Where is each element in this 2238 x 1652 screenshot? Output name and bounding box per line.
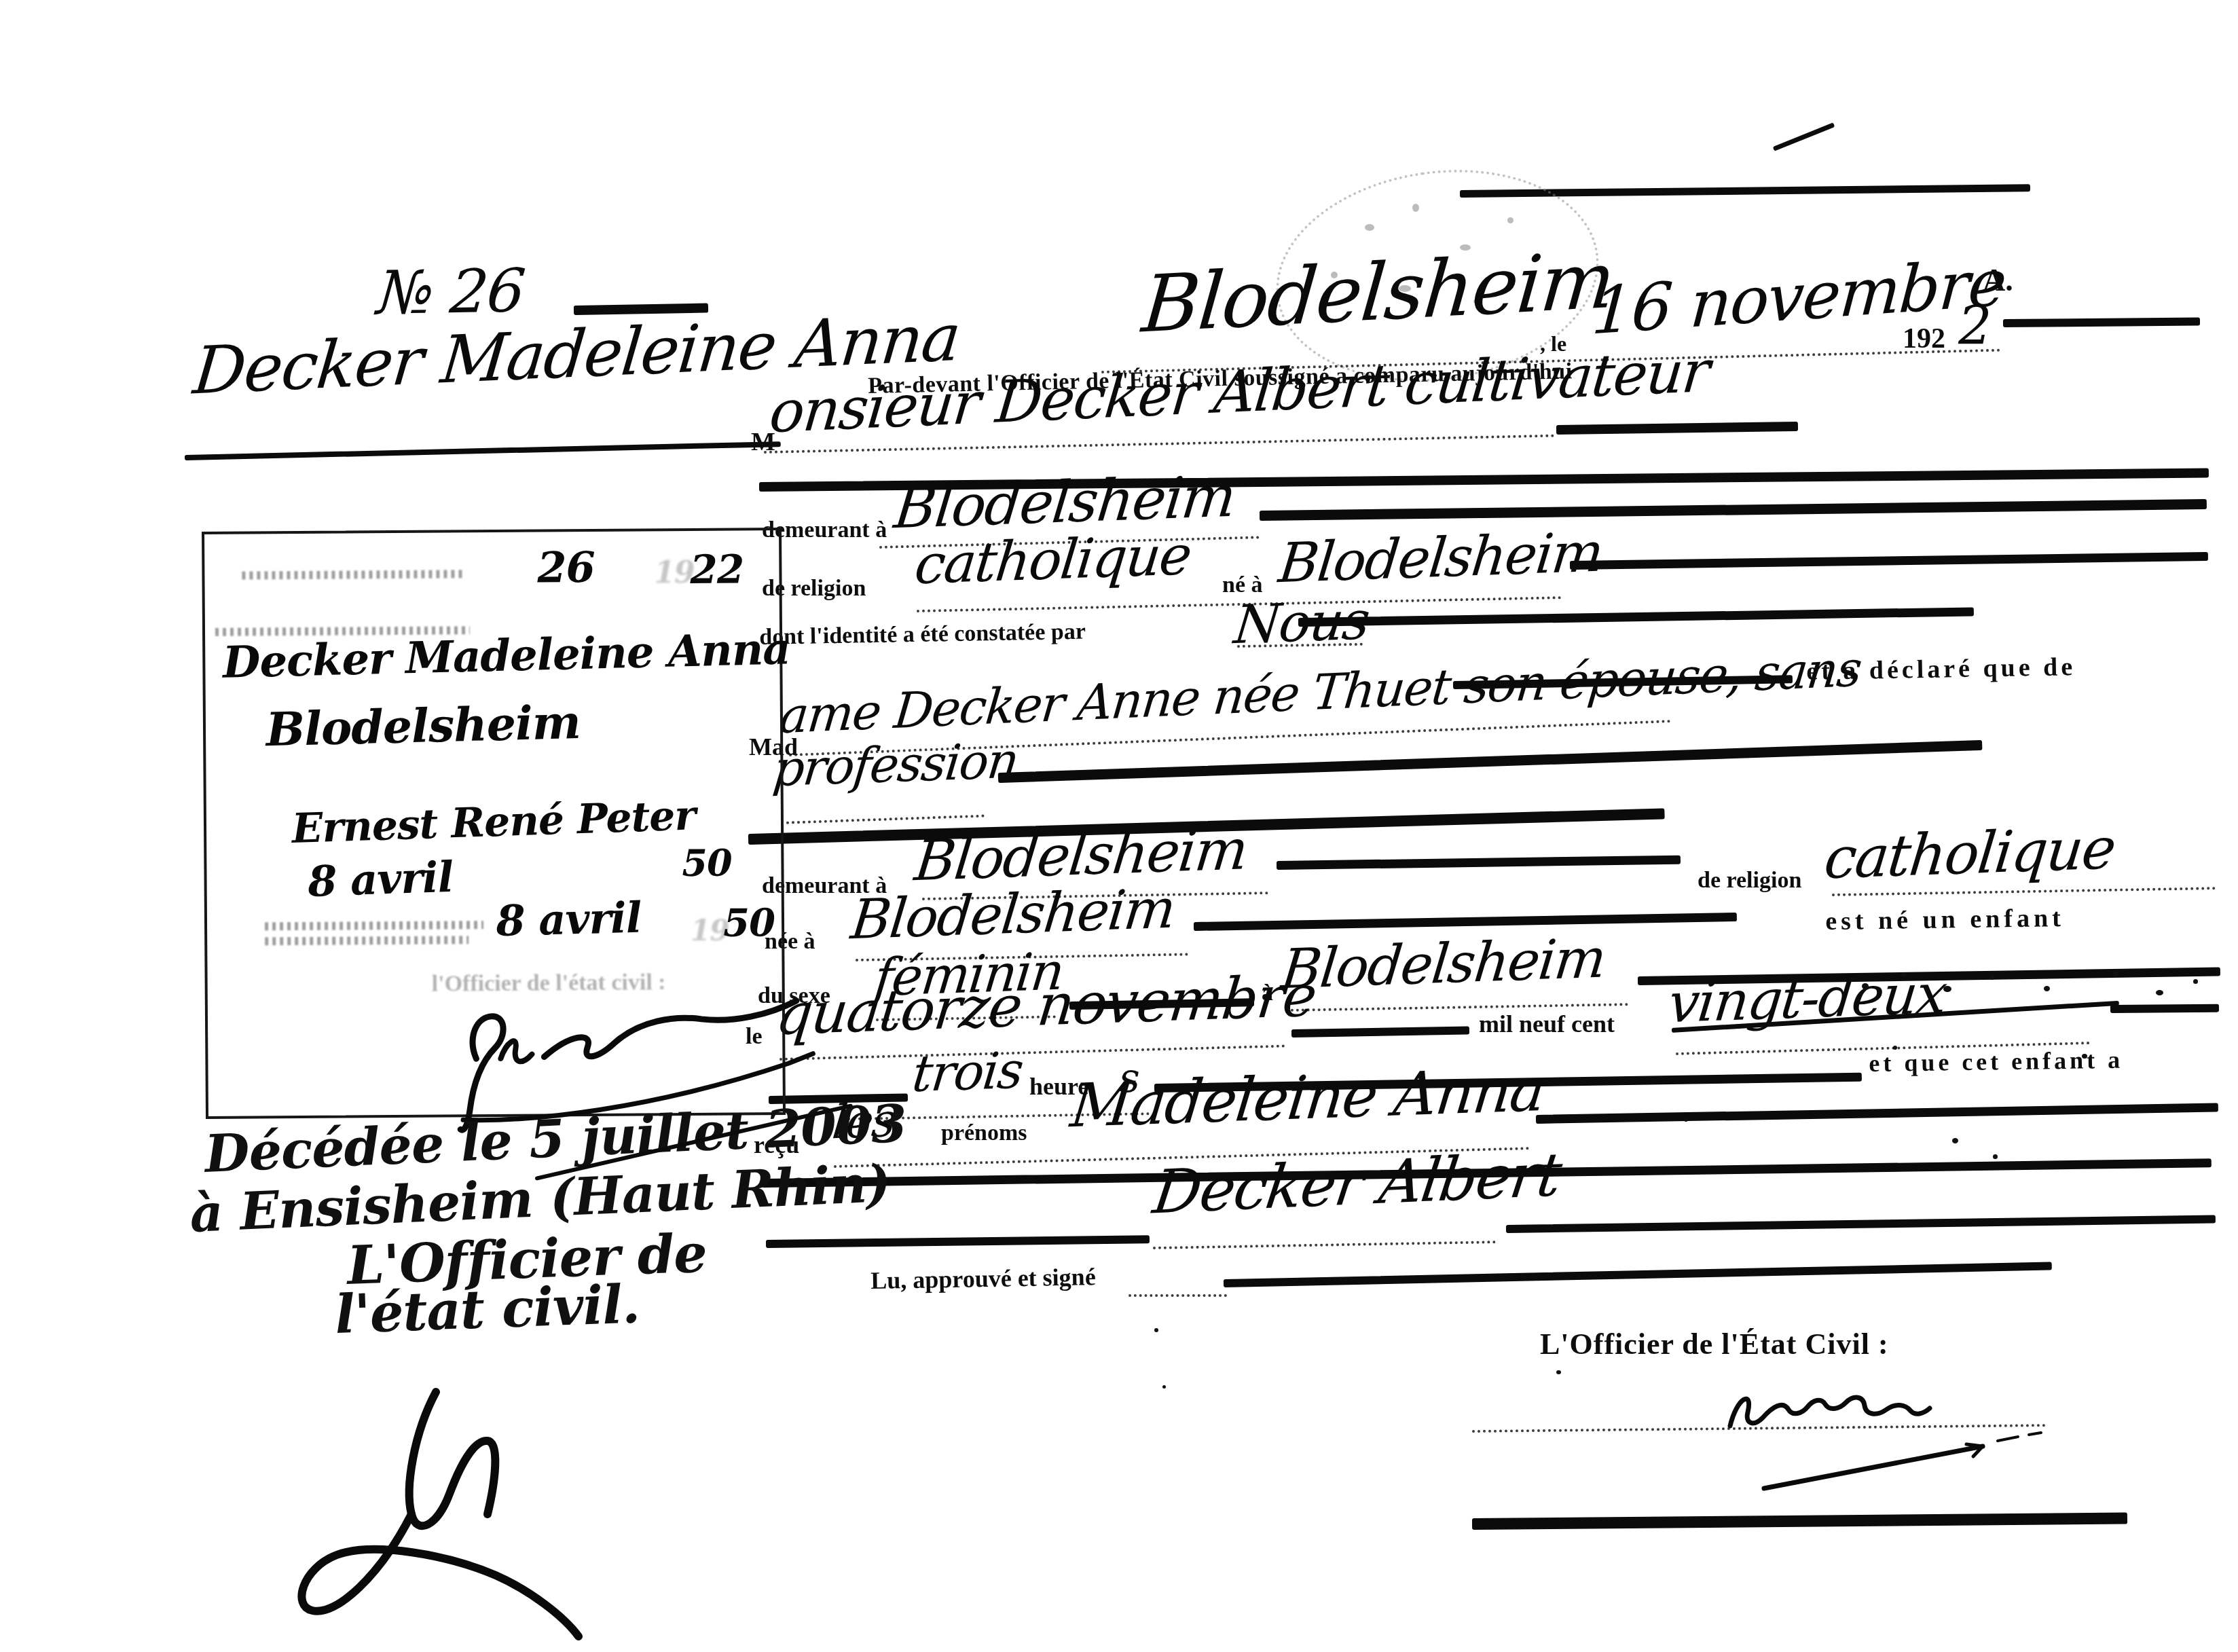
- religion1-rule: [1570, 552, 2208, 570]
- box-year-faint: 19: [654, 558, 695, 588]
- residence1-rule: [1260, 499, 2207, 521]
- nee-a-rule: [1194, 913, 1737, 931]
- nee-a-value: Blodelsheim: [849, 881, 1177, 947]
- born-label: est né un enfant: [1825, 905, 2065, 934]
- year-printed: 192: [1903, 325, 1945, 353]
- day-rule: [1291, 1026, 1469, 1038]
- lu-rule: [1224, 1262, 2052, 1287]
- declarant-signature: Decker Albert: [1150, 1145, 1564, 1223]
- signature-rule-right: [1506, 1215, 2216, 1233]
- prenoms-label: prénoms: [941, 1122, 1027, 1145]
- religion1-value: catholique: [913, 528, 1194, 592]
- date-rule: [2003, 317, 2200, 327]
- birthplace-value: Blodelsheim: [1279, 931, 1608, 997]
- box-year2: 50: [723, 904, 775, 942]
- signature-dotted: [1153, 1241, 1496, 1249]
- day-value: quatorze novembre: [773, 967, 1319, 1043]
- year-digit-handwritten: 2: [1958, 300, 1991, 353]
- officer-label: L'Officier de l'État Civil :: [1540, 1329, 1889, 1359]
- profession-rule: [998, 740, 1983, 783]
- prenoms-value: Madeleine Anna: [1068, 1060, 1547, 1137]
- declarant-rule: [1556, 422, 1798, 435]
- mother-handwritten: ame Decker Anne née Thuet son épouse, sa…: [777, 644, 1863, 741]
- faint-stamp-remnant: [265, 936, 469, 945]
- box-year1: 50: [682, 845, 732, 882]
- identity-label: dont l'identité a été constatée par: [759, 621, 1086, 649]
- signature-rule-left: [766, 1235, 1150, 1248]
- mil-label: mil neuf cent: [1479, 1012, 1615, 1036]
- note-officer-signature: [272, 1351, 625, 1650]
- religion2-label: de religion: [1698, 869, 1801, 892]
- box-spouse-names: Ernest René Peter: [291, 795, 696, 849]
- box-year: 22: [690, 549, 744, 589]
- faint-stamp-remnant: [265, 921, 483, 930]
- prenoms-rule: [1536, 1103, 2218, 1124]
- hour-value: trois: [910, 1045, 1025, 1099]
- top-tick-mark: [1773, 122, 1835, 151]
- birth-certificate-scan: A. Blodelsheim , le 16 novembre 192 2 № …: [0, 0, 2238, 1652]
- lu-approuve-label: Lu, approuvé et signé: [870, 1264, 1096, 1293]
- profession-dotted: [781, 815, 985, 824]
- bottom-rule: [1472, 1513, 2127, 1530]
- day-dotted: [779, 1044, 1285, 1061]
- ne-a-label: né à: [1222, 574, 1263, 597]
- act-name-underline: [185, 441, 781, 460]
- note-line4: l'état civil.: [334, 1278, 640, 1342]
- residence2-rule: [1277, 856, 1681, 870]
- margin-registration-box: 26 19 22 Decker Madeleine Anna Blodelshe…: [202, 528, 786, 1119]
- lu-dotted: [1129, 1294, 1227, 1297]
- box-act-number: 26: [537, 547, 595, 589]
- place-handwritten: Blodelsheim: [1139, 242, 1617, 345]
- enfant-a-label: et que cet enfant a: [1869, 1048, 2123, 1076]
- identity-rule: [1298, 607, 1974, 627]
- religion2-value: catholique: [1822, 820, 2117, 887]
- ne-a-value: Blodelsheim: [1277, 525, 1605, 591]
- box-place: Blodelsheim: [265, 699, 581, 753]
- year-rule: [2110, 1004, 2219, 1013]
- box-date1: 8 avril: [307, 856, 454, 903]
- faint-stamp-remnant: [242, 570, 466, 579]
- profession-handwritten: profession: [771, 735, 1020, 793]
- officer-pen-stroke: [1759, 1426, 2051, 1494]
- box-name: Decker Madeleine Anna: [222, 627, 790, 684]
- act-number: № 26: [375, 261, 526, 323]
- box-date2: 8 avril: [496, 897, 642, 942]
